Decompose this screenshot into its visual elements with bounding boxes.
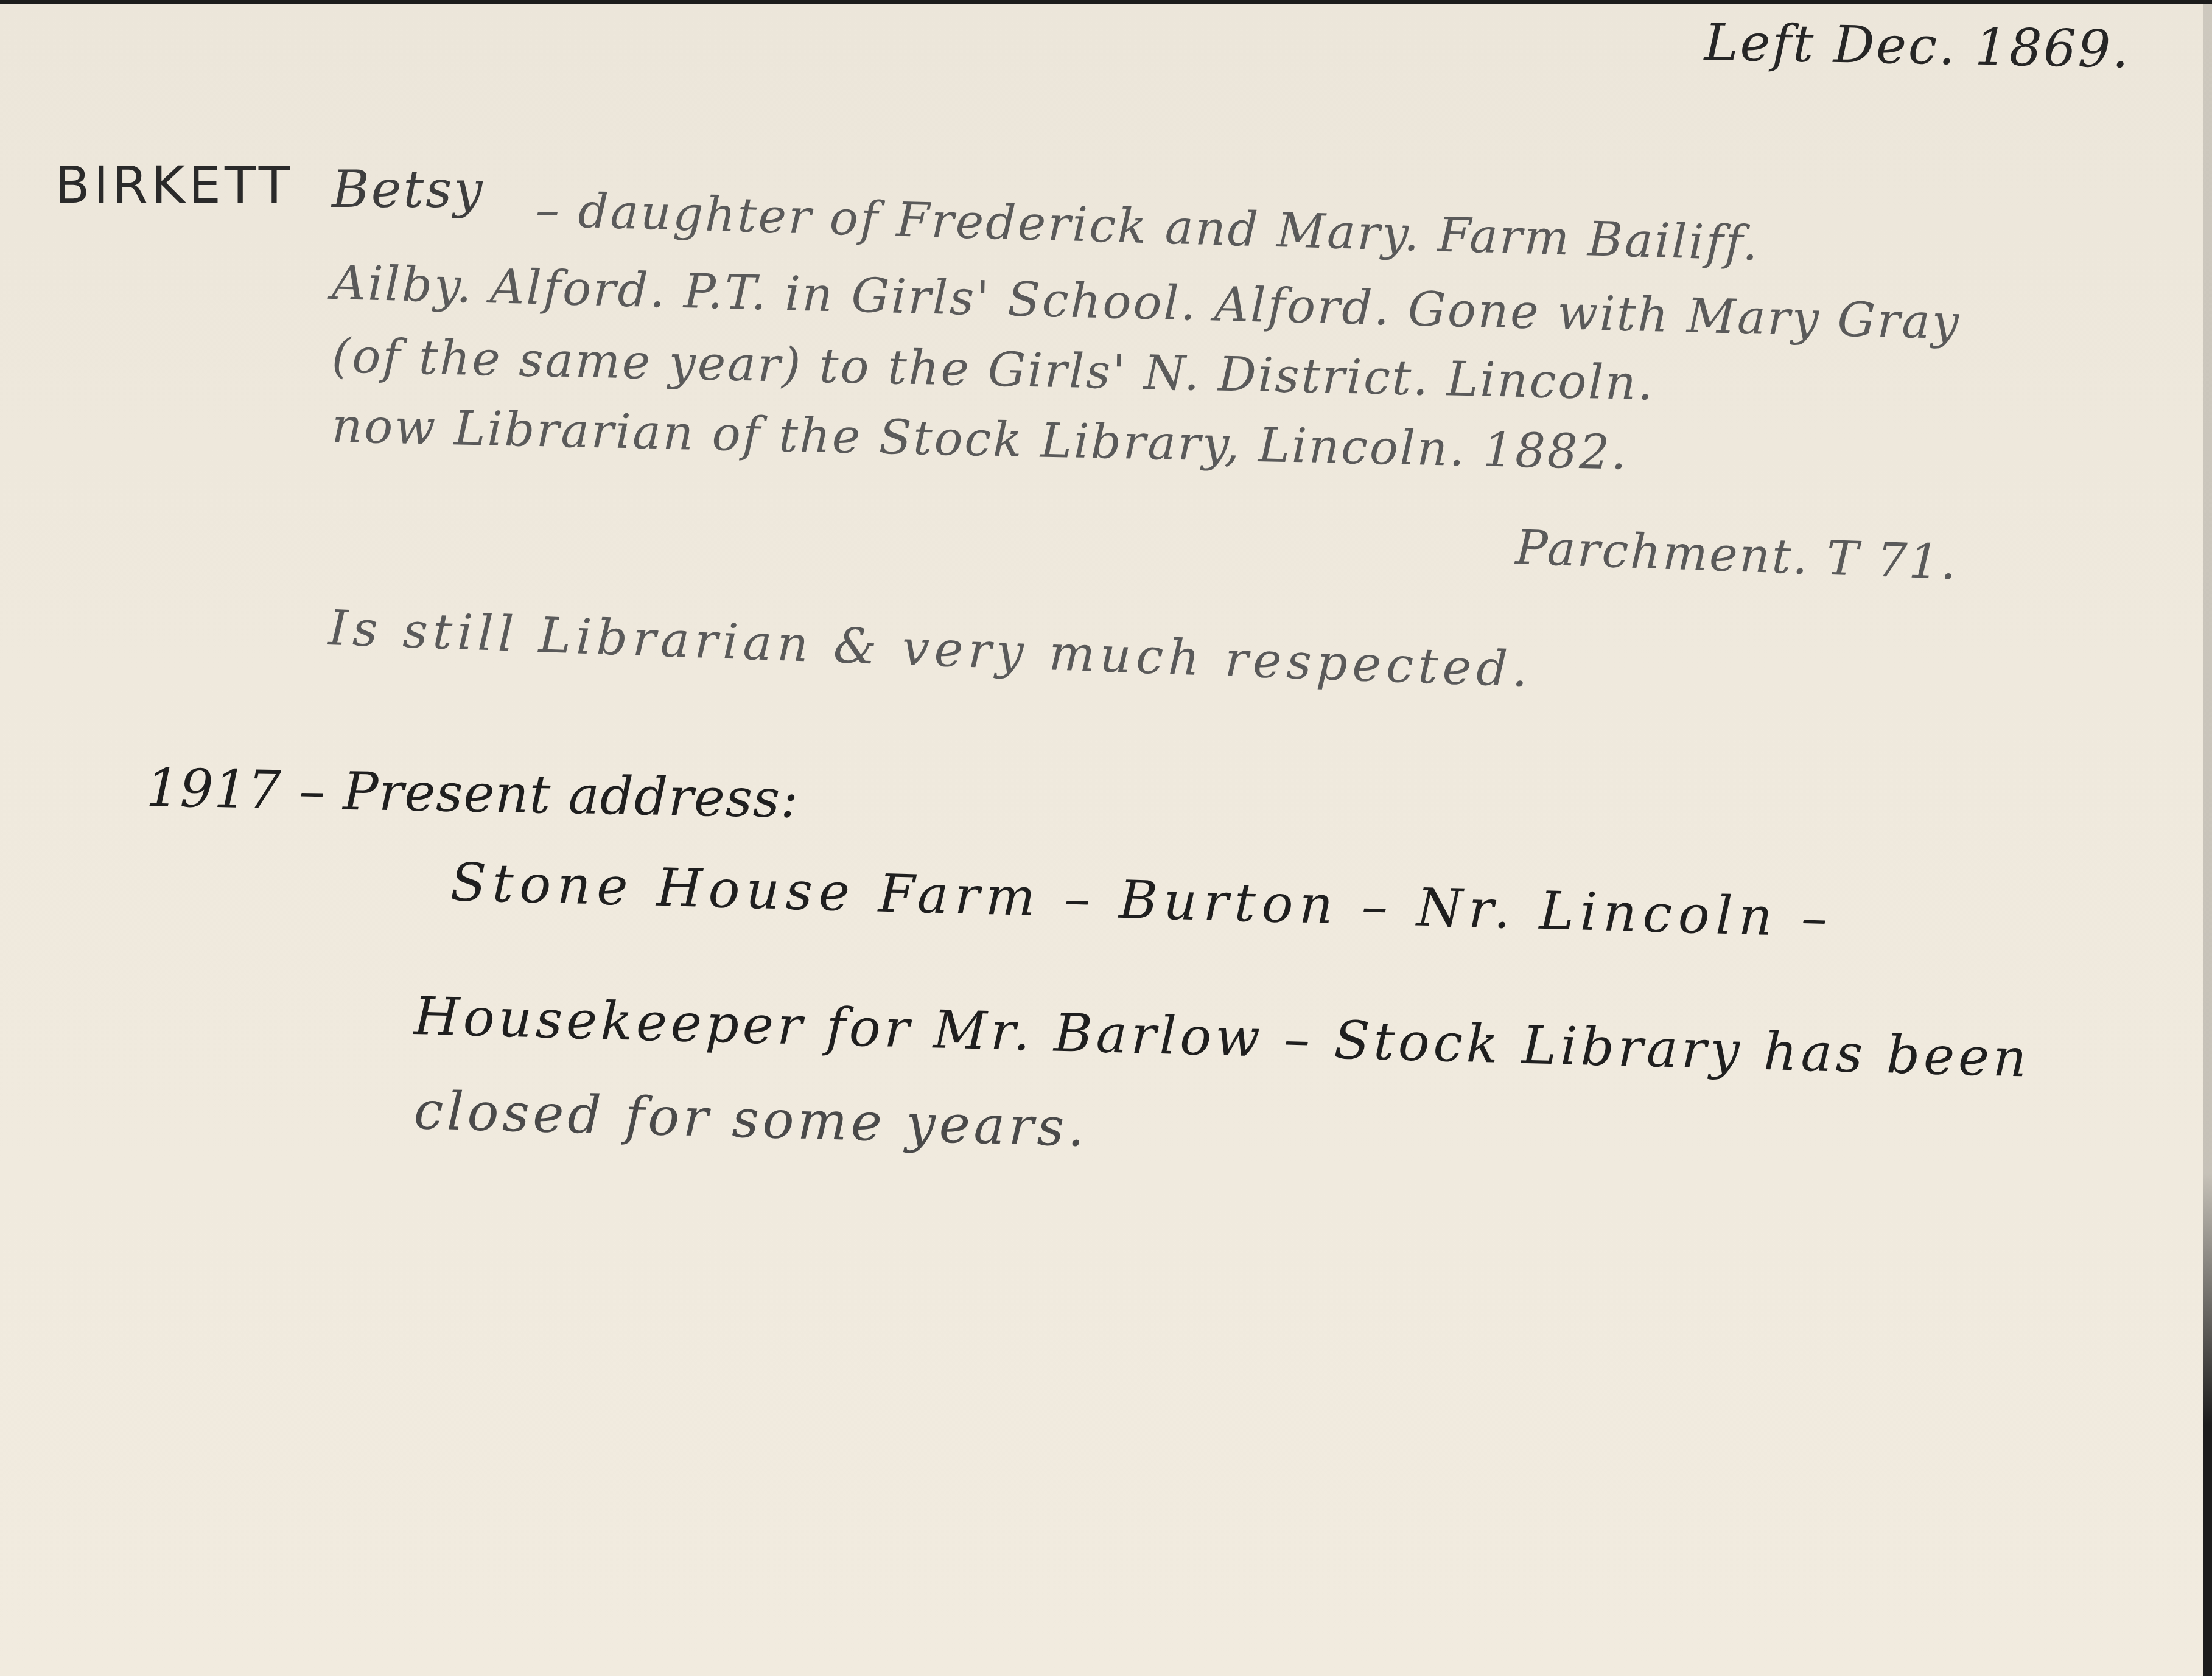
update-note: Is still Librarian & very much respected… bbox=[327, 599, 1533, 698]
index-card: Left Dec. 1869. BIRKETT Betsy – daughter… bbox=[0, 0, 2212, 1676]
card-top-edge bbox=[0, 0, 2212, 4]
surname: BIRKETT bbox=[55, 155, 293, 215]
left-date-note: Left Dec. 1869. bbox=[1704, 12, 2131, 79]
entry-line-3: (of the same year) to the Girls' N. Dist… bbox=[331, 329, 1655, 411]
entry-line-1: – daughter of Frederick and Mary. Farm B… bbox=[535, 183, 1760, 271]
entry-line-4: now Librarian of the Stock Library, Linc… bbox=[331, 399, 1629, 481]
housekeeper-line: Housekeeper for Mr. Barlow – Stock Libra… bbox=[413, 986, 2031, 1089]
present-address: Stone House Farm – Burton – Nr. Lincoln … bbox=[450, 852, 1835, 949]
year-heading-1917: 1917 – Present address: bbox=[145, 758, 799, 830]
card-right-edge bbox=[2203, 0, 2212, 1676]
closed-line: closed for some years. bbox=[413, 1080, 1089, 1159]
given-name: Betsy bbox=[332, 159, 485, 219]
parchment-note: Parchment. T 71. bbox=[1514, 520, 1959, 590]
